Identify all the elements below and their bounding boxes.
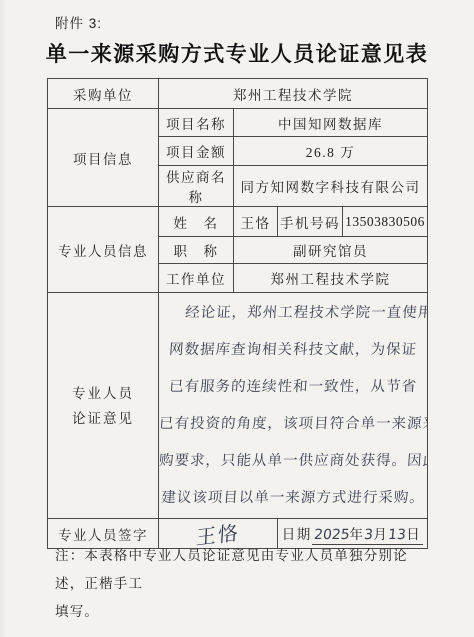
attachment-label: 附件 3: bbox=[55, 12, 102, 32]
form-title: 单一来源采购方式专业人员论证意见表 bbox=[0, 38, 474, 68]
date-month-suffix: 月 bbox=[373, 527, 388, 542]
phone-value: 13503830506 bbox=[343, 207, 428, 237]
argumentation-form-table: 采购单位 郑州工程技术学院 项目信息 项目名称 中国知网数据库 项目金额 26.… bbox=[47, 78, 428, 549]
opinion-label-line1: 专业人员 bbox=[48, 381, 158, 406]
opinion-line: 建议该项目以单一来源方式进行采购。 bbox=[159, 480, 428, 517]
date-year-suffix: 年 bbox=[349, 527, 364, 542]
work-unit-value: 郑州工程技术学院 bbox=[234, 264, 428, 293]
date-day: 13 bbox=[388, 527, 408, 543]
footnote-line2: 填写。 bbox=[55, 598, 435, 626]
job-title-label: 职 称 bbox=[159, 237, 234, 264]
professional-name-value: 王恪 bbox=[234, 207, 278, 237]
opinion-line: 已有服务的连续性和一致性，从节省 bbox=[159, 369, 428, 406]
footnote: 注：本表格中专业人员论证意见由专业人员单独分别论述，正楷手工 填写。 bbox=[55, 542, 435, 626]
supplier-label: 供应商名称 bbox=[159, 166, 234, 207]
date-label: 日期 bbox=[282, 527, 312, 542]
project-info-label: 项目信息 bbox=[48, 109, 159, 207]
date-year: 2025 bbox=[313, 527, 350, 543]
opinion-line: 已有投资的角度，该项目符合单一来源采 bbox=[159, 406, 428, 443]
row-project-name: 项目信息 项目名称 中国知网数据库 bbox=[48, 109, 428, 137]
row-opinion: 专业人员 论证意见 经论证，郑州工程技术学院一直使用中国知 网数据库查询相关科技… bbox=[48, 293, 428, 519]
opinion-text: 经论证，郑州工程技术学院一直使用中国知 网数据库查询相关科技文献，为保证 已有服… bbox=[159, 293, 428, 519]
phone-label: 手机号码 bbox=[278, 207, 343, 237]
supplier-value: 同方知网数字科技有限公司 bbox=[234, 166, 428, 207]
project-name-label: 项目名称 bbox=[159, 109, 234, 137]
project-name-value: 中国知网数据库 bbox=[234, 109, 428, 137]
project-amount-label: 项目金额 bbox=[159, 137, 234, 166]
work-unit-label: 工作单位 bbox=[159, 264, 234, 293]
footnote-line1: 注：本表格中专业人员论证意见由专业人员单独分别论述，正楷手工 bbox=[55, 542, 435, 598]
professional-info-label: 专业人员信息 bbox=[48, 207, 159, 293]
row-professional-name: 专业人员信息 姓 名 王恪 手机号码 13503830506 bbox=[48, 207, 428, 237]
professional-name-label: 姓 名 bbox=[159, 207, 234, 237]
purchasing-unit-value: 郑州工程技术学院 bbox=[159, 79, 428, 109]
date-day-suffix: 日 bbox=[406, 527, 421, 542]
opinion-line: 购要求，只能从单一供应商处获得。因此 bbox=[159, 443, 428, 480]
row-purchasing-unit: 采购单位 郑州工程技术学院 bbox=[48, 79, 428, 109]
purchasing-unit-label: 采购单位 bbox=[48, 79, 159, 109]
opinion-line: 网数据库查询相关科技文献，为保证 bbox=[159, 332, 428, 369]
project-amount-value: 26.8 万 bbox=[234, 137, 428, 166]
opinion-label-line2: 论证意见 bbox=[48, 406, 158, 431]
opinion-line: 经论证，郑州工程技术学院一直使用中国知 bbox=[159, 295, 428, 332]
opinion-label: 专业人员 论证意见 bbox=[48, 293, 159, 519]
job-title-value: 副研究馆员 bbox=[234, 237, 428, 264]
